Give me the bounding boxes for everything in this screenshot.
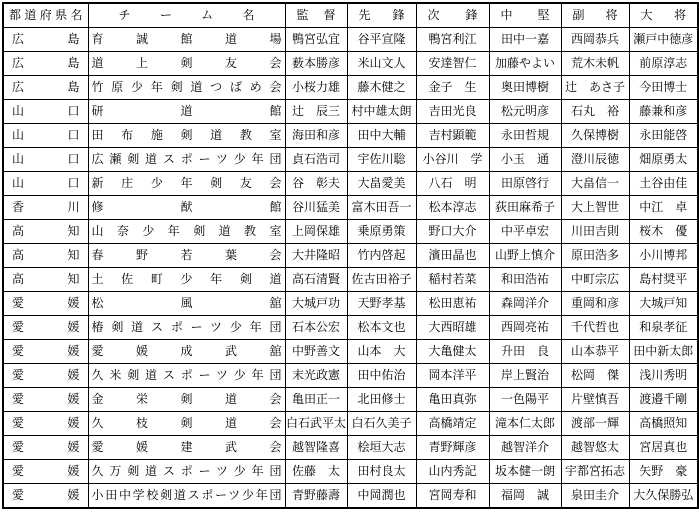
cell-coach: 越智隆喜 bbox=[285, 436, 347, 460]
cell-fukusho: 山本恭平 bbox=[561, 340, 629, 364]
column-header-taisho: 大将 bbox=[629, 3, 698, 28]
cell-chuken: 永田哲規 bbox=[489, 124, 561, 148]
cell-prefecture: 愛媛 bbox=[3, 484, 88, 509]
cell-prefecture: 愛媛 bbox=[3, 316, 88, 340]
cell-senpo: 天野孝基 bbox=[347, 292, 416, 316]
cell-fukusho: 大上智世 bbox=[561, 196, 629, 220]
cell-jiho: 鴨宮利江 bbox=[416, 28, 489, 52]
cell-coach: 薮本勝彦 bbox=[285, 52, 347, 76]
cell-team-name: 久米剣道スポーツ少年団 bbox=[88, 364, 285, 388]
cell-senpo: 竹内啓起 bbox=[347, 244, 416, 268]
cell-fukusho: 越智悠太 bbox=[561, 436, 629, 460]
cell-prefecture: 愛媛 bbox=[3, 340, 88, 364]
table-row: 広島道上剣友会薮本勝彦米山文人安達智仁加藤やよい荒木未帆前原淳志 bbox=[3, 52, 698, 76]
table-row: 広島育誠館道場鴨宮弘宜谷平宣隆鴨宮利江田中一嘉西岡恭兵瀬戸中徳彦 bbox=[3, 28, 698, 52]
cell-coach: 鴨宮弘宜 bbox=[285, 28, 347, 52]
cell-fukusho: 中町宗広 bbox=[561, 268, 629, 292]
cell-fukusho: 石丸 裕 bbox=[561, 100, 629, 124]
cell-jiho: 野口大介 bbox=[416, 220, 489, 244]
cell-senpo: 村中雄太朗 bbox=[347, 100, 416, 124]
table-row: 愛媛愛媛建武会越智隆喜桧垣大志青野輝彦越智洋介越智悠太宮居真也 bbox=[3, 436, 698, 460]
cell-jiho: 松田恵祐 bbox=[416, 292, 489, 316]
cell-coach: 大城戸功 bbox=[285, 292, 347, 316]
table-row: 山口田布施剣道教室海田和彦田中大輔吉村顕範永田哲規久保博樹永田能啓 bbox=[3, 124, 698, 148]
cell-jiho: 金子 生 bbox=[416, 76, 489, 100]
cell-chuken: 田原啓行 bbox=[489, 172, 561, 196]
table-row: 愛媛愛媛成武舘中野善文山本 大大亀健太升田 良山本恭平田中新太郎 bbox=[3, 340, 698, 364]
cell-senpo: 乗原勇策 bbox=[347, 220, 416, 244]
cell-fukusho: 大畠信一 bbox=[561, 172, 629, 196]
cell-taisho: 矢野 豪 bbox=[629, 460, 698, 484]
cell-team-name: 山奈少年剣道教室 bbox=[88, 220, 285, 244]
cell-prefecture: 山口 bbox=[3, 172, 88, 196]
table-row: 山口新庄少年剣友会谷 彰夫大畠愛美八石 明田原啓行大畠信一土谷由佳 bbox=[3, 172, 698, 196]
cell-taisho: 前原淳志 bbox=[629, 52, 698, 76]
cell-chuken: 滝本仁太郎 bbox=[489, 412, 561, 436]
cell-fukusho: 重岡和彦 bbox=[561, 292, 629, 316]
column-header-fukusho: 副将 bbox=[561, 3, 629, 28]
cell-coach: 亀田正一 bbox=[285, 388, 347, 412]
cell-senpo: 白石久美子 bbox=[347, 412, 416, 436]
cell-taisho: 今田博士 bbox=[629, 76, 698, 100]
table-row: 愛媛小田中学校剣道スポーツ少年団青野藤壽中岡潤也宮岡寿和福岡 誠泉田圭介大久保勝… bbox=[3, 484, 698, 509]
cell-senpo: 田中佑治 bbox=[347, 364, 416, 388]
table-row: 高知土佐町少年剣道高石清賢佐古田裕子稲村若菜和田浩祐中町宗広島村奨平 bbox=[3, 268, 698, 292]
cell-jiho: 松本淳志 bbox=[416, 196, 489, 220]
cell-prefecture: 山口 bbox=[3, 148, 88, 172]
cell-chuken: 和田浩祐 bbox=[489, 268, 561, 292]
table-row: 山口研道館辻 辰三村中雄太朗吉田光良松元明彦石丸 裕藤兼和彦 bbox=[3, 100, 698, 124]
cell-chuken: 山野上慎介 bbox=[489, 244, 561, 268]
cell-coach: 石本公宏 bbox=[285, 316, 347, 340]
cell-senpo: 松本文也 bbox=[347, 316, 416, 340]
cell-prefecture: 高知 bbox=[3, 268, 88, 292]
cell-coach: 白石武平太 bbox=[285, 412, 347, 436]
cell-team-name: 椿剣道スポーツ少年団 bbox=[88, 316, 285, 340]
cell-senpo: 田中大輔 bbox=[347, 124, 416, 148]
cell-prefecture: 愛媛 bbox=[3, 460, 88, 484]
cell-team-name: 愛媛建武会 bbox=[88, 436, 285, 460]
cell-coach: 谷川猛美 bbox=[285, 196, 347, 220]
cell-jiho: 山内秀記 bbox=[416, 460, 489, 484]
cell-coach: 末光政憲 bbox=[285, 364, 347, 388]
cell-chuken: 松元明彦 bbox=[489, 100, 561, 124]
cell-senpo: 大畠愛美 bbox=[347, 172, 416, 196]
table-row: 高知山奈少年剣道教室上岡保雄乗原勇策野口大介中平卓宏川田吉則桜木 優 bbox=[3, 220, 698, 244]
cell-jiho: 濱田晶也 bbox=[416, 244, 489, 268]
cell-coach: 大井隆昭 bbox=[285, 244, 347, 268]
cell-prefecture: 山口 bbox=[3, 100, 88, 124]
cell-coach: 青野藤壽 bbox=[285, 484, 347, 509]
cell-prefecture: 広島 bbox=[3, 76, 88, 100]
cell-team-name: 研道館 bbox=[88, 100, 285, 124]
cell-taisho: 中江 卓 bbox=[629, 196, 698, 220]
cell-jiho: 稲村若菜 bbox=[416, 268, 489, 292]
column-header-jiho: 次鋒 bbox=[416, 3, 489, 28]
cell-chuken: 升田 良 bbox=[489, 340, 561, 364]
cell-senpo: 桧垣大志 bbox=[347, 436, 416, 460]
cell-coach: 中野善文 bbox=[285, 340, 347, 364]
cell-chuken: 荻田麻希子 bbox=[489, 196, 561, 220]
cell-chuken: 加藤やよい bbox=[489, 52, 561, 76]
cell-fukusho: 辻 あさ子 bbox=[561, 76, 629, 100]
cell-fukusho: 片壁慎吾 bbox=[561, 388, 629, 412]
table-row: 山口広瀬剣道スポーツ少年団貞石浩司宇佐川聡小谷川 学小玉 通澄川辰徳畑原勇太 bbox=[3, 148, 698, 172]
cell-fukusho: 川田吉則 bbox=[561, 220, 629, 244]
cell-fukusho: 澄川辰徳 bbox=[561, 148, 629, 172]
cell-prefecture: 山口 bbox=[3, 124, 88, 148]
cell-taisho: 和泉孝征 bbox=[629, 316, 698, 340]
cell-senpo: 米山文人 bbox=[347, 52, 416, 76]
team-roster-table: 都道府県名 チーム名 監督 先鋒 次鋒 中堅 副将 大将 広島育誠館道場鴨宮弘宜… bbox=[2, 2, 699, 509]
cell-chuken: 岸上賢治 bbox=[489, 364, 561, 388]
column-header-team-name: チーム名 bbox=[88, 3, 285, 28]
table-row: 愛媛松風舘大城戸功天野孝基松田恵祐森岡洋介重岡和彦大城戸知 bbox=[3, 292, 698, 316]
cell-coach: 小桜力雄 bbox=[285, 76, 347, 100]
column-header-coach: 監督 bbox=[285, 3, 347, 28]
cell-jiho: 小谷川 学 bbox=[416, 148, 489, 172]
cell-taisho: 宮居真也 bbox=[629, 436, 698, 460]
cell-chuken: 中平卓宏 bbox=[489, 220, 561, 244]
cell-senpo: 宇佐川聡 bbox=[347, 148, 416, 172]
table-row: 愛媛久万剣道スポーツ少年団佐藤 太田村良太山内秀記坂本健一朗宇都宮拓志矢野 豪 bbox=[3, 460, 698, 484]
cell-coach: 上岡保雄 bbox=[285, 220, 347, 244]
cell-senpo: 北田修士 bbox=[347, 388, 416, 412]
cell-senpo: 佐古田裕子 bbox=[347, 268, 416, 292]
cell-senpo: 田村良太 bbox=[347, 460, 416, 484]
cell-coach: 高石清賢 bbox=[285, 268, 347, 292]
cell-jiho: 安達智仁 bbox=[416, 52, 489, 76]
cell-fukusho: 松岡 傑 bbox=[561, 364, 629, 388]
table-row: 愛媛椿剣道スポーツ少年団石本公宏松本文也大西昭雄西岡亮祐千代哲也和泉孝征 bbox=[3, 316, 698, 340]
cell-chuken: 奥田博樹 bbox=[489, 76, 561, 100]
cell-taisho: 大城戸知 bbox=[629, 292, 698, 316]
cell-fukusho: 久保博樹 bbox=[561, 124, 629, 148]
cell-fukusho: 荒木未帆 bbox=[561, 52, 629, 76]
cell-chuken: 西岡亮祐 bbox=[489, 316, 561, 340]
cell-senpo: 富木田吾一 bbox=[347, 196, 416, 220]
cell-chuken: 田中一嘉 bbox=[489, 28, 561, 52]
cell-team-name: 久万剣道スポーツ少年団 bbox=[88, 460, 285, 484]
cell-chuken: 坂本健一朗 bbox=[489, 460, 561, 484]
cell-taisho: 永田能啓 bbox=[629, 124, 698, 148]
cell-jiho: 吉村顕範 bbox=[416, 124, 489, 148]
cell-taisho: 瀬戸中徳彦 bbox=[629, 28, 698, 52]
cell-prefecture: 高知 bbox=[3, 244, 88, 268]
table-row: 高知春野若葉会大井隆昭竹内啓起濱田晶也山野上慎介原田浩多小川博邦 bbox=[3, 244, 698, 268]
cell-team-name: 春野若葉会 bbox=[88, 244, 285, 268]
cell-prefecture: 香川 bbox=[3, 196, 88, 220]
cell-team-name: 田布施剣道教室 bbox=[88, 124, 285, 148]
table-row: 愛媛久枝剣道会白石武平太白石久美子高橋靖定滝本仁太郎渡部一輝高橋照知 bbox=[3, 412, 698, 436]
cell-prefecture: 高知 bbox=[3, 220, 88, 244]
cell-jiho: 亀田真弥 bbox=[416, 388, 489, 412]
cell-taisho: 田中新太郎 bbox=[629, 340, 698, 364]
table-body: 広島育誠館道場鴨宮弘宜谷平宣隆鴨宮利江田中一嘉西岡恭兵瀬戸中徳彦広島道上剣友会薮… bbox=[3, 28, 698, 509]
cell-taisho: 島村奨平 bbox=[629, 268, 698, 292]
cell-coach: 谷 彰夫 bbox=[285, 172, 347, 196]
cell-prefecture: 広島 bbox=[3, 52, 88, 76]
cell-jiho: 大亀健太 bbox=[416, 340, 489, 364]
table-row: 香川修猷館谷川猛美富木田吾一松本淳志荻田麻希子大上智世中江 卓 bbox=[3, 196, 698, 220]
cell-jiho: 大西昭雄 bbox=[416, 316, 489, 340]
cell-taisho: 浅川秀明 bbox=[629, 364, 698, 388]
cell-prefecture: 愛媛 bbox=[3, 292, 88, 316]
cell-coach: 佐藤 太 bbox=[285, 460, 347, 484]
cell-taisho: 畑原勇太 bbox=[629, 148, 698, 172]
cell-prefecture: 広島 bbox=[3, 28, 88, 52]
cell-fukusho: 千代哲也 bbox=[561, 316, 629, 340]
table-row: 愛媛久米剣道スポーツ少年団末光政憲田中佑治岡本洋平岸上賢治松岡 傑浅川秀明 bbox=[3, 364, 698, 388]
column-header-chuken: 中堅 bbox=[489, 3, 561, 28]
cell-fukusho: 宇都宮拓志 bbox=[561, 460, 629, 484]
cell-fukusho: 渡部一輝 bbox=[561, 412, 629, 436]
cell-jiho: 八石 明 bbox=[416, 172, 489, 196]
cell-prefecture: 愛媛 bbox=[3, 412, 88, 436]
cell-coach: 貞石浩司 bbox=[285, 148, 347, 172]
cell-team-name: 広瀬剣道スポーツ少年団 bbox=[88, 148, 285, 172]
cell-jiho: 宮岡寿和 bbox=[416, 484, 489, 509]
cell-team-name: 新庄少年剣友会 bbox=[88, 172, 285, 196]
column-header-senpo: 先鋒 bbox=[347, 3, 416, 28]
cell-taisho: 土谷由佳 bbox=[629, 172, 698, 196]
cell-chuken: 福岡 誠 bbox=[489, 484, 561, 509]
cell-senpo: 谷平宣隆 bbox=[347, 28, 416, 52]
cell-jiho: 高橋靖定 bbox=[416, 412, 489, 436]
cell-coach: 辻 辰三 bbox=[285, 100, 347, 124]
cell-team-name: 育誠館道場 bbox=[88, 28, 285, 52]
cell-taisho: 大久保勝弘 bbox=[629, 484, 698, 509]
table-row: 広島竹原少年剣道つばめ会小桜力雄藤木健之金子 生奥田博樹辻 あさ子今田博士 bbox=[3, 76, 698, 100]
cell-team-name: 竹原少年剣道つばめ会 bbox=[88, 76, 285, 100]
cell-prefecture: 愛媛 bbox=[3, 388, 88, 412]
header-row: 都道府県名 チーム名 監督 先鋒 次鋒 中堅 副将 大将 bbox=[3, 3, 698, 28]
cell-team-name: 金栄剣道会 bbox=[88, 388, 285, 412]
cell-coach: 海田和彦 bbox=[285, 124, 347, 148]
roster-sheet: 都道府県名 チーム名 監督 先鋒 次鋒 中堅 副将 大将 広島育誠館道場鴨宮弘宜… bbox=[0, 0, 699, 512]
cell-taisho: 藤兼和彦 bbox=[629, 100, 698, 124]
cell-team-name: 松風舘 bbox=[88, 292, 285, 316]
column-header-prefecture: 都道府県名 bbox=[3, 3, 88, 28]
cell-prefecture: 愛媛 bbox=[3, 364, 88, 388]
cell-taisho: 桜木 優 bbox=[629, 220, 698, 244]
cell-senpo: 藤木健之 bbox=[347, 76, 416, 100]
cell-chuken: 一色陽平 bbox=[489, 388, 561, 412]
cell-senpo: 中岡潤也 bbox=[347, 484, 416, 509]
cell-prefecture: 愛媛 bbox=[3, 436, 88, 460]
cell-team-name: 愛媛成武舘 bbox=[88, 340, 285, 364]
cell-team-name: 小田中学校剣道スポーツ少年団 bbox=[88, 484, 285, 509]
cell-jiho: 岡本洋平 bbox=[416, 364, 489, 388]
cell-fukusho: 西岡恭兵 bbox=[561, 28, 629, 52]
cell-taisho: 渡邉千剛 bbox=[629, 388, 698, 412]
cell-team-name: 道上剣友会 bbox=[88, 52, 285, 76]
cell-taisho: 小川博邦 bbox=[629, 244, 698, 268]
cell-chuken: 小玉 通 bbox=[489, 148, 561, 172]
cell-team-name: 修猷館 bbox=[88, 196, 285, 220]
cell-fukusho: 泉田圭介 bbox=[561, 484, 629, 509]
cell-jiho: 吉田光良 bbox=[416, 100, 489, 124]
cell-team-name: 久枝剣道会 bbox=[88, 412, 285, 436]
cell-chuken: 越智洋介 bbox=[489, 436, 561, 460]
cell-senpo: 山本 大 bbox=[347, 340, 416, 364]
cell-fukusho: 原田浩多 bbox=[561, 244, 629, 268]
cell-team-name: 土佐町少年剣道 bbox=[88, 268, 285, 292]
table-row: 愛媛金栄剣道会亀田正一北田修士亀田真弥一色陽平片壁慎吾渡邉千剛 bbox=[3, 388, 698, 412]
cell-jiho: 青野輝彦 bbox=[416, 436, 489, 460]
cell-chuken: 森岡洋介 bbox=[489, 292, 561, 316]
cell-taisho: 高橋照知 bbox=[629, 412, 698, 436]
